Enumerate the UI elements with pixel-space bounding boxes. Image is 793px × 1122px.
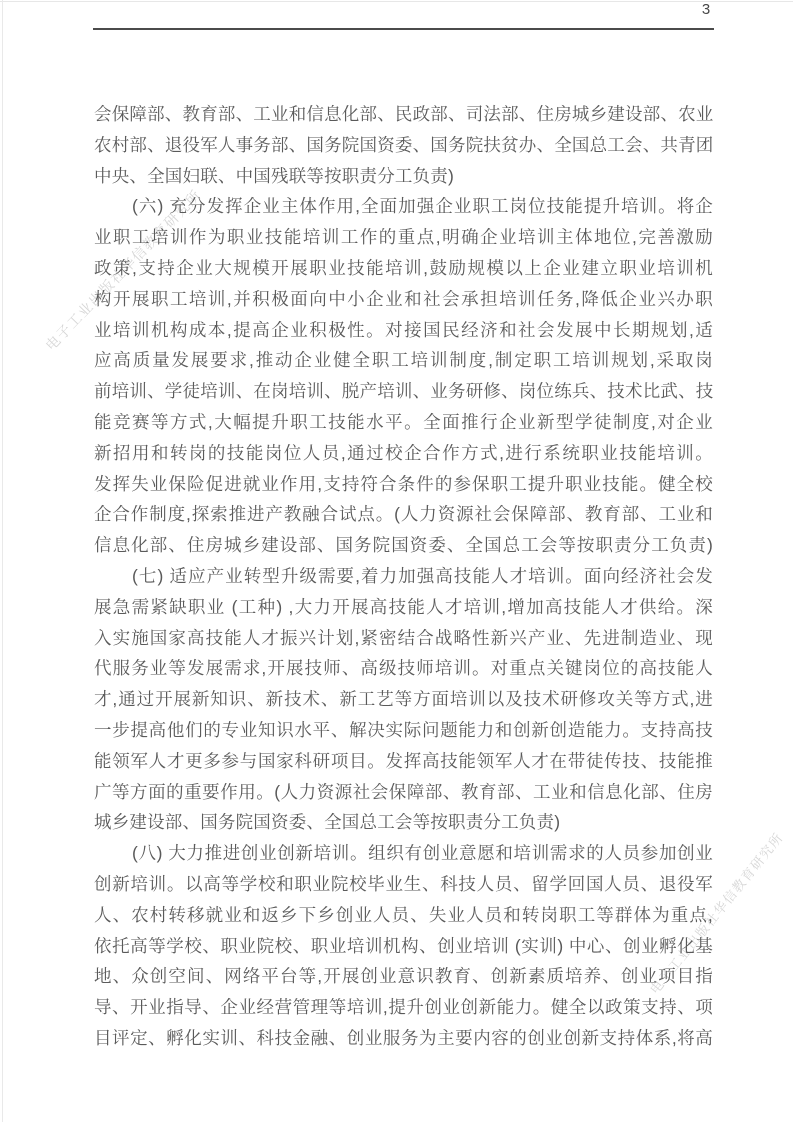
text-line: 城乡建设部、国务院国资委、全国总工会等按职责分工负责) xyxy=(94,807,713,838)
text-line: 构开展职工培训,并积极面向中小企业和社会承担培训任务,降低企业兴办职 xyxy=(94,284,713,315)
page-number: 3 xyxy=(698,1,714,18)
document-page: { "page": { "number": "3", "watermark": … xyxy=(0,0,793,1122)
text-line: 代服务业等发展需求,开展技师、高级技师培训。对重点关键岗位的高技能人 xyxy=(94,653,713,684)
text-line: 能竞赛等方式,大幅提升职工技能水平。全面推行企业新型学徒制度,对企业 xyxy=(94,407,713,438)
scan-edge-left xyxy=(2,0,3,1122)
text-line: 信息化部、住房城乡建设部、国务院国资委、全国总工会等按职责分工负责) xyxy=(94,530,713,561)
text-line: 会保障部、教育部、工业和信息化部、民政部、司法部、住房城乡建设部、农业 xyxy=(94,99,713,130)
text-line: 农村部、退役军人事务部、国务院国资委、国务院扶贫办、全国总工会、共青团 xyxy=(94,130,713,161)
text-line: 地、众创空间、网络平台等,开展创业意识教育、创新素质培养、创业项目指 xyxy=(94,961,713,992)
text-line: 应高质量发展要求,推动企业健全职工培训制度,制定职工培训规划,采取岗 xyxy=(94,345,713,376)
text-line: 业培训机构成本,提高企业积极性。对接国民经济和社会发展中长期规划,适 xyxy=(94,315,713,346)
text-line: 企合作制度,探索推进产教融合试点。(人力资源社会保障部、教育部、工业和 xyxy=(94,499,713,530)
text-line: 一步提高他们的专业知识水平、解决实际问题能力和创新创造能力。支持高技 xyxy=(94,715,713,746)
text-line: 中央、全国妇联、中国残联等按职责分工负责) xyxy=(94,161,713,192)
text-line: 广等方面的重要作用。(人力资源社会保障部、教育部、工业和信息化部、住房 xyxy=(94,777,713,808)
scan-edge-top xyxy=(0,1,793,2)
text-line: (七) 适应产业转型升级需要,着力加强高技能人才培训。面向经济社会发 xyxy=(94,561,713,592)
text-line: 发挥失业保险促进就业作用,支持符合条件的参保职工提升职业技能。健全校 xyxy=(94,469,713,500)
text-line: (六) 充分发挥企业主体作用,全面加强企业职工岗位技能提升培训。将企 xyxy=(94,191,713,222)
text-line: 导、开业指导、企业经营管理等培训,提升创业创新能力。健全以政策支持、项 xyxy=(94,992,713,1023)
text-line: 入实施国家高技能人才振兴计划,紧密结合战略性新兴产业、先进制造业、现 xyxy=(94,623,713,654)
text-line: 新招用和转岗的技能岗位人员,通过校企合作方式,进行系统职业技能培训。 xyxy=(94,438,713,469)
text-line: 人、农村转移就业和返乡下乡创业人员、失业人员和转岗职工等群体为重点, xyxy=(94,900,713,931)
text-line: 政策,支持企业大规模开展职业技能培训,鼓励规模以上企业建立职业培训机 xyxy=(94,253,713,284)
document-body: 会保障部、教育部、工业和信息化部、民政部、司法部、住房城乡建设部、农业农村部、退… xyxy=(94,99,713,1054)
text-line: 能领军人才更多参与国家科研项目。发挥高技能领军人才在带徒传技、技能推 xyxy=(94,746,713,777)
text-line: 前培训、学徒培训、在岗培训、脱产培训、业务研修、岗位练兵、技术比武、技 xyxy=(94,376,713,407)
text-line: 业职工培训作为职业技能培训工作的重点,明确企业培训主体地位,完善激励 xyxy=(94,222,713,253)
text-line: 展急需紧缺职业 (工种) ,大力开展高技能人才培训,增加高技能人才供给。深 xyxy=(94,592,713,623)
text-line: 依托高等学校、职业院校、职业培训机构、创业培训 (实训) 中心、创业孵化基 xyxy=(94,931,713,962)
text-line: 目评定、孵化实训、科技金融、创业服务为主要内容的创业创新支持体系,将高 xyxy=(94,1023,713,1054)
header-rule xyxy=(93,28,714,30)
text-line: 创新培训。以高等学校和职业院校毕业生、科技人员、留学回国人员、退役军 xyxy=(94,869,713,900)
text-line: 才,通过开展新知识、新技术、新工艺等方面培训以及技术研修攻关等方式,进 xyxy=(94,684,713,715)
text-line: (八) 大力推进创业创新培训。组织有创业意愿和培训需求的人员参加创业 xyxy=(94,838,713,869)
